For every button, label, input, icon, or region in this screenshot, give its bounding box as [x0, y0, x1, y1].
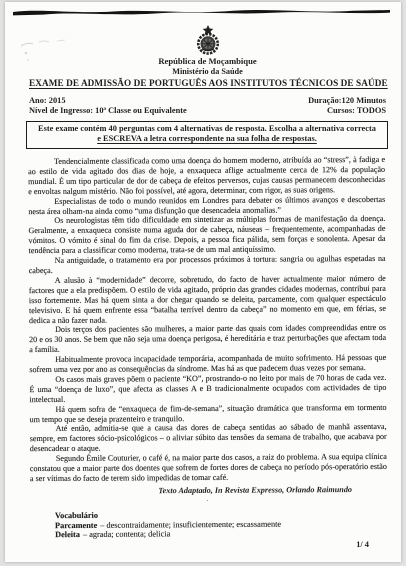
body-paragraph: Os neurologistas têm tido dificuldade em…	[28, 214, 385, 256]
body-paragraph: Dois terços dos pacientes são mulheres, …	[29, 323, 386, 355]
scan-dot-artifact: ·	[29, 498, 386, 504]
exam-courses: Cursos: TODOS	[308, 106, 386, 116]
body-paragraph: Tendencialmente classificada como uma do…	[28, 154, 385, 196]
vocabulary-section: Vocabulário Parcamente– descontraidament…	[55, 509, 386, 540]
exam-meta-left: Ano: 2015 Nível de Ingresso: 10ª Classe …	[29, 96, 187, 116]
page-number: 1/ 4	[356, 540, 369, 549]
scan-artifact-line	[13, 7, 391, 17]
vocabulary-entry: Deleita– agrada; contenta; delicia	[55, 528, 386, 540]
vocabulary-term: Parcamente	[55, 521, 97, 530]
body-paragraph: Há quem sofra de “enxaqueca de fim-de-se…	[30, 402, 387, 424]
page-content: República de Moçambique Ministério da Sa…	[5, 20, 401, 539]
exam-meta-right: Duração:120 Minutos Cursos: TODOS	[308, 96, 386, 116]
body-paragraph: Habitualmente provoca incapacidade tempo…	[29, 353, 386, 375]
republic-name: República de Moçambique	[29, 57, 386, 67]
text-attribution: Texto Adaptado, In Revista Expresso, Orl…	[29, 485, 352, 496]
ministry-name: Ministério da Saúde	[29, 67, 386, 76]
vocabulary-definition: – descontraidamente; insuficientemente; …	[100, 520, 281, 530]
reading-passage: Tendencialmente classificada como uma do…	[28, 154, 387, 483]
exam-meta: Ano: 2015 Nível de Ingresso: 10ª Classe …	[29, 96, 386, 116]
instruction-box: Este exame contém 40 perguntas com 4 alt…	[26, 121, 388, 149]
body-paragraph: Os casos mais graves põem o paciente “KO…	[29, 372, 386, 404]
vocabulary-term: Deleita	[55, 531, 80, 540]
vocabulary-definition: – agrada; contenta; delicia	[83, 530, 170, 540]
body-paragraph: Na antiguidade, o tratamento era por pro…	[29, 253, 386, 275]
body-paragraph: A alusão à “modernidade” decorre, sobret…	[29, 273, 386, 325]
body-paragraph: Especialistas de todo o mundo reunidos e…	[28, 194, 385, 216]
mozambique-coat-of-arms-icon	[193, 24, 223, 56]
instruction-line2: e ESCREVA a letra correspondente na sua …	[97, 134, 317, 143]
exam-title: EXAME DE ADMISSÃO DE PORTUGUÊS AOS INSTI…	[29, 77, 386, 89]
scanned-exam-page: República de Moçambique Ministério da Sa…	[5, 2, 401, 562]
body-paragraph: Até então, admitia-se que a causa das do…	[30, 422, 387, 454]
body-paragraph: Segundo Émile Couturier, o café é, na ma…	[30, 452, 387, 484]
exam-year: Ano: 2015	[29, 96, 187, 106]
entry-level: Nível de Ingresso: 10ª Classe ou Equival…	[29, 106, 187, 116]
exam-duration: Duração:120 Minutos	[308, 96, 386, 106]
instruction-line1: Este exame contém 40 perguntas com 4 alt…	[38, 124, 376, 133]
